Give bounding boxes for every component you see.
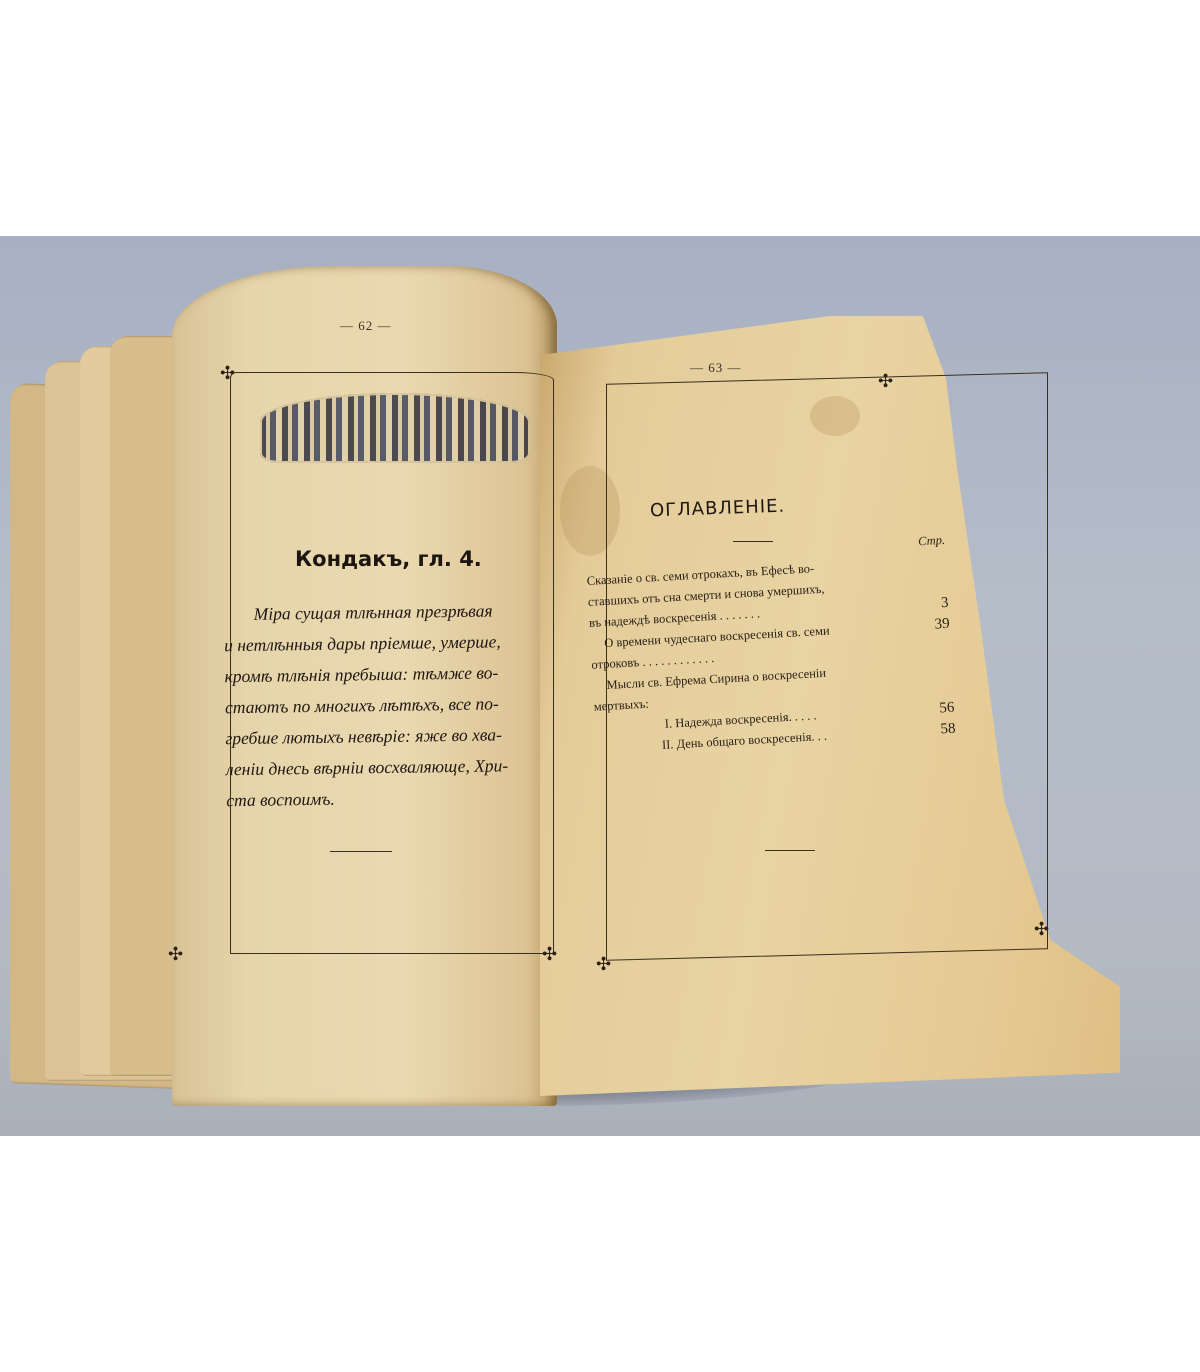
corner-ornament-icon: ✣ [168, 945, 183, 963]
verse-line: кромѣ тлѣнія пребыша: тѣмже во- [224, 657, 544, 692]
floral-ornament-icon [260, 393, 530, 463]
page-number-left: — 62 — [340, 318, 392, 334]
verse-line: стаютъ по многихъ лѣтѣхъ, все по- [225, 688, 545, 723]
verse-line: ста воспоимъ. [226, 781, 546, 816]
verse-line: и нетлѣнныя дары пріемше, умерше, [224, 626, 544, 661]
kontakion-heading: Кондакъ, гл. 4. [295, 547, 482, 571]
corner-ornament-icon: ✣ [1034, 920, 1049, 938]
corner-ornament-icon: ✣ [878, 372, 893, 390]
divider [330, 851, 392, 852]
corner-ornament-icon: ✣ [542, 945, 557, 963]
verse-line: леніи днесь вѣрніи восхваляюще, Хри- [226, 750, 546, 785]
table-of-contents: Стр. Сказаніе о св. семи отрокахъ, въ Еф… [585, 530, 956, 760]
corner-ornament-icon: ✣ [220, 364, 235, 382]
verse-text: Міра сущая тлѣнная презрѣвая и нетлѣнныя… [224, 595, 547, 816]
page-number-right: — 63 — [690, 360, 742, 376]
corner-ornament-icon: ✣ [596, 955, 611, 973]
divider [765, 850, 815, 851]
verse-line: Міра сущая тлѣнная презрѣвая [224, 595, 544, 630]
verse-line: гребше лютыхъ невѣріе: яже во хва- [225, 719, 545, 754]
